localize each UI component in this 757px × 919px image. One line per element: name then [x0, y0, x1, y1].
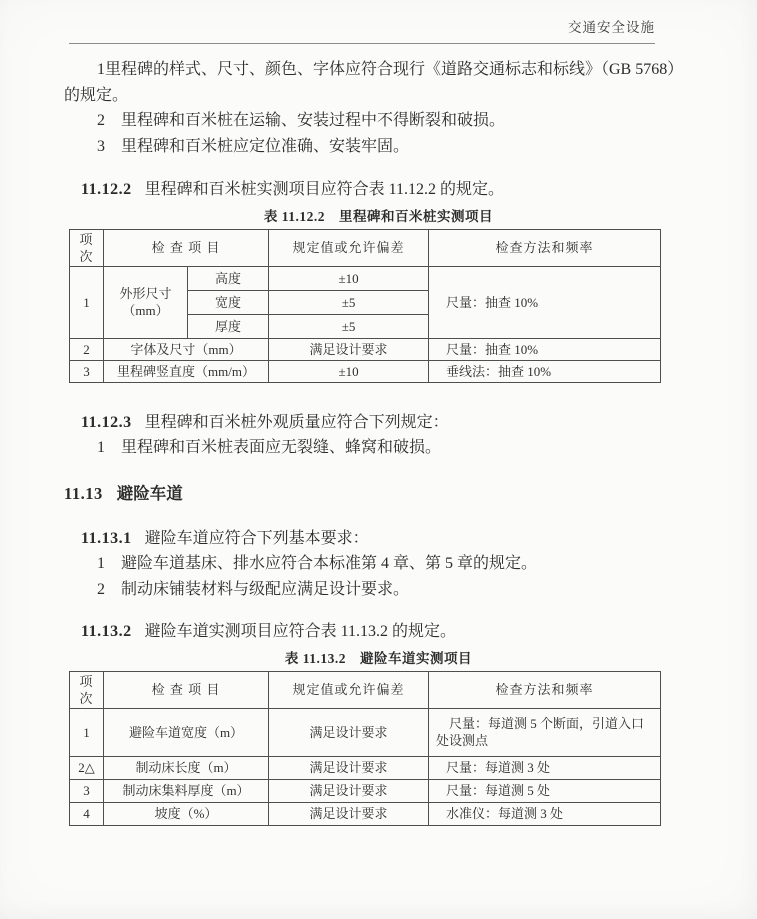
- cell-method: 尺量：抽查 10%: [429, 338, 661, 360]
- cell-check-item-group: 外形尺寸（mm）: [104, 266, 188, 338]
- clause-number: 11.13.1: [81, 530, 132, 547]
- running-head-title: 交通安全设施: [0, 0, 757, 36]
- table-row: 2△ 制动床长度（m） 满足设计要求 尺量：每道测 3 处: [70, 756, 661, 779]
- cell-tolerance: ±10: [269, 360, 429, 382]
- cell-method: 垂线法：抽查 10%: [429, 360, 661, 382]
- table-caption: 表 11.12.2 里程碑和百米桩实测项目: [64, 206, 693, 227]
- clause-text: 里程碑和百米桩外观质量应符合下列规定：: [145, 414, 449, 431]
- item-number: 1: [97, 551, 107, 577]
- cell-method: 水准仪：每道测 3 处: [429, 802, 661, 825]
- cell-sub-item: 厚度: [188, 314, 269, 338]
- clause-11-12-3: 11.12.3里程碑和百米桩外观质量应符合下列规定：: [64, 410, 693, 436]
- cell-item-no: 3: [70, 360, 104, 382]
- cell-item-no: 4: [70, 802, 104, 825]
- cell-check-item: 字体及尺寸（mm）: [104, 338, 269, 360]
- table-header-row: 项次 检 查 项 目 规定值或允许偏差 检查方法和频率: [70, 229, 661, 266]
- cell-sub-item: 宽度: [188, 290, 269, 314]
- section-title: 避险车道: [117, 484, 183, 503]
- cell-check-item: 制动床长度（m）: [104, 756, 269, 779]
- clause-text: 避险车道应符合下列基本要求：: [145, 530, 369, 547]
- item-text: 里程碑和百米桩表面应无裂缝、蜂窝和破损。: [121, 439, 441, 456]
- list-item: 3里程碑和百米桩应定位准确、安装牢固。: [64, 134, 693, 160]
- table-11-12-2: 项次 检 查 项 目 规定值或允许偏差 检查方法和频率 1 外形尺寸（mm） 高…: [69, 229, 661, 383]
- cell-method: 尺量：每道测 5 个断面，引道入口处设测点: [429, 708, 661, 756]
- cell-check-item: 避险车道宽度（m）: [104, 708, 269, 756]
- cell-check-item: 里程碑竖直度（mm/m）: [104, 360, 269, 382]
- table-header-row: 项次 检 查 项 目 规定值或允许偏差 检查方法和频率: [70, 671, 661, 708]
- cell-sub-item: 高度: [188, 266, 269, 290]
- table-row: 2 字体及尺寸（mm） 满足设计要求 尺量：抽查 10%: [70, 338, 661, 360]
- table-row: 4 坡度（%） 满足设计要求 水准仪：每道测 3 处: [70, 802, 661, 825]
- header-cell: 规定值或允许偏差: [269, 671, 429, 708]
- item-text: 制动床铺装材料与级配应满足设计要求。: [121, 581, 409, 598]
- clause-11-13-1: 11.13.1避险车道应符合下列基本要求：: [64, 526, 693, 552]
- cell-item-no: 1: [70, 708, 104, 756]
- cell-check-item: 制动床集料厚度（m）: [104, 779, 269, 802]
- item-number: 2: [97, 577, 107, 603]
- list-item: 1里程碑和百米桩表面应无裂缝、蜂窝和破损。: [64, 435, 693, 461]
- cell-method: 尺量：每道测 3 处: [429, 756, 661, 779]
- clause-11-13-2: 11.13.2避险车道实测项目应符合表 11.13.2 的规定。: [64, 619, 693, 645]
- header-rule: [69, 43, 655, 44]
- clause-number: 11.13.2: [81, 623, 132, 640]
- page-content: 1里程碑的样式、尺寸、颜色、字体应符合现行《道路交通标志和标线》（GB 5768…: [0, 57, 757, 826]
- cell-tolerance: ±5: [269, 290, 429, 314]
- header-cell: 项次: [70, 229, 104, 266]
- clause-number: 11.12.3: [81, 414, 132, 431]
- header-cell: 检 查 项 目: [104, 229, 269, 266]
- cell-item-no: 2△: [70, 756, 104, 779]
- header-cell: 检查方法和频率: [429, 229, 661, 266]
- clause-11-12-2: 11.12.2里程碑和百米桩实测项目应符合表 11.12.2 的规定。: [64, 177, 693, 203]
- list-item: 2制动床铺装材料与级配应满足设计要求。: [64, 577, 693, 603]
- item-number: 1: [97, 435, 107, 461]
- section-number: 11.13: [64, 484, 103, 503]
- clause-text: 避险车道实测项目应符合表 11.13.2 的规定。: [145, 623, 456, 640]
- header-cell: 检 查 项 目: [104, 671, 269, 708]
- clause-number: 11.12.2: [81, 181, 132, 198]
- cell-tolerance: ±5: [269, 314, 429, 338]
- list-item: 1里程碑的样式、尺寸、颜色、字体应符合现行《道路交通标志和标线》（GB 5768…: [64, 57, 693, 108]
- cell-method: 尺量：抽查 10%: [429, 266, 661, 338]
- item-text: 避险车道基床、排水应符合本标准第 4 章、第 5 章的规定。: [121, 555, 537, 572]
- item-text: 里程碑的样式、尺寸、颜色、字体应符合现行《道路交通标志和标线》（GB 5768）…: [64, 61, 683, 104]
- list-item: 2里程碑和百米桩在运输、安装过程中不得断裂和破损。: [64, 108, 693, 134]
- cell-tolerance: ±10: [269, 266, 429, 290]
- item-number: 3: [97, 134, 107, 160]
- table-row: 3 里程碑竖直度（mm/m） ±10 垂线法：抽查 10%: [70, 360, 661, 382]
- cell-item-no: 3: [70, 779, 104, 802]
- item-text: 里程碑和百米桩在运输、安装过程中不得断裂和破损。: [121, 112, 505, 129]
- item-text: 里程碑和百米桩应定位准确、安装牢固。: [121, 138, 409, 155]
- cell-tolerance: 满足设计要求: [269, 338, 429, 360]
- list-item: 1避险车道基床、排水应符合本标准第 4 章、第 5 章的规定。: [64, 551, 693, 577]
- table-11-13-2: 项次 检 查 项 目 规定值或允许偏差 检查方法和频率 1 避险车道宽度（m） …: [69, 671, 661, 826]
- clause-text: 里程碑和百米桩实测项目应符合表 11.12.2 的规定。: [145, 181, 504, 198]
- section-heading-11-13: 11.13避险车道: [64, 481, 693, 507]
- item-number: 2: [97, 108, 107, 134]
- cell-tolerance: 满足设计要求: [269, 708, 429, 756]
- cell-method: 尺量：每道测 5 处: [429, 779, 661, 802]
- cell-tolerance: 满足设计要求: [269, 756, 429, 779]
- table-caption: 表 11.13.2 避险车道实测项目: [64, 648, 693, 669]
- item-number: 1: [97, 61, 105, 78]
- table-row: 1 外形尺寸（mm） 高度 ±10 尺量：抽查 10%: [70, 266, 661, 290]
- cell-check-item: 坡度（%）: [104, 802, 269, 825]
- cell-item-no: 2: [70, 338, 104, 360]
- table-row: 1 避险车道宽度（m） 满足设计要求 尺量：每道测 5 个断面，引道入口处设测点: [70, 708, 661, 756]
- scanned-standard-page: 交通安全设施 1里程碑的样式、尺寸、颜色、字体应符合现行《道路交通标志和标线》（…: [0, 0, 757, 919]
- cell-item-no: 1: [70, 266, 104, 338]
- cell-tolerance: 满足设计要求: [269, 779, 429, 802]
- cell-tolerance: 满足设计要求: [269, 802, 429, 825]
- header-cell: 项次: [70, 671, 104, 708]
- header-cell: 检查方法和频率: [429, 671, 661, 708]
- table-row: 3 制动床集料厚度（m） 满足设计要求 尺量：每道测 5 处: [70, 779, 661, 802]
- header-cell: 规定值或允许偏差: [269, 229, 429, 266]
